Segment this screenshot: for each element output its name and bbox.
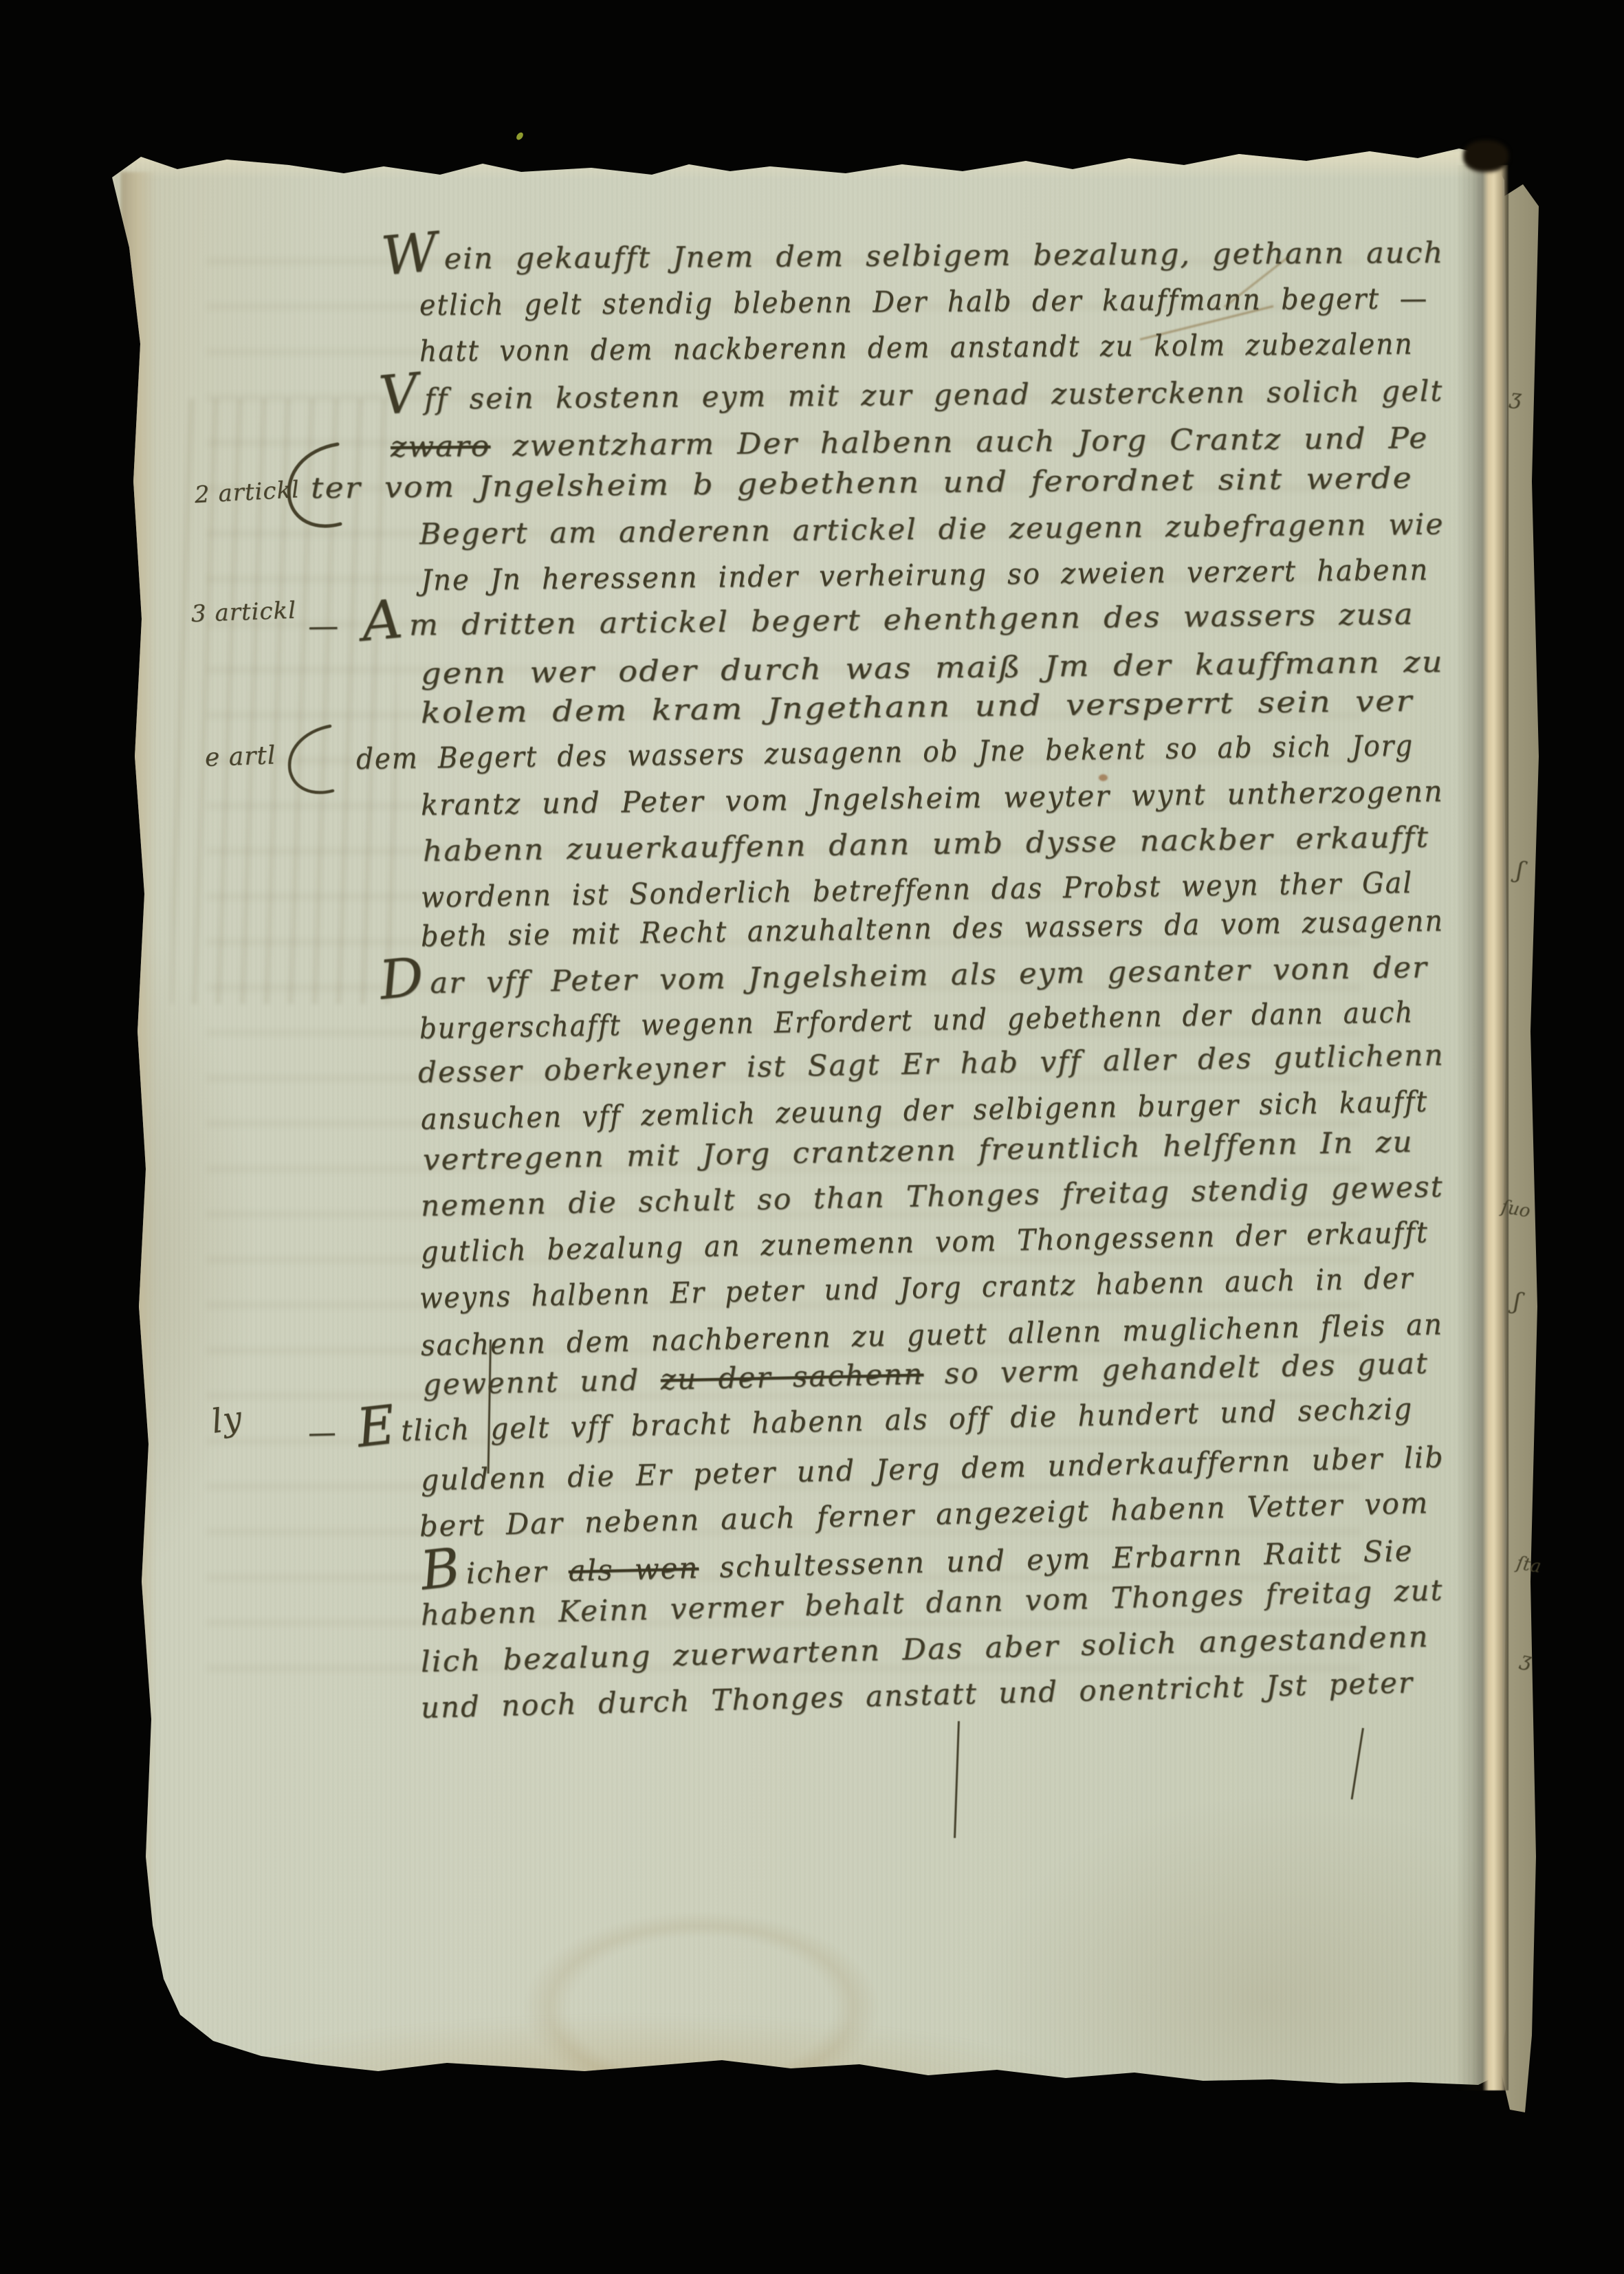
margin-note: 2 artickl [194, 476, 300, 509]
torn-corner-notch [1463, 140, 1508, 172]
margin-note: ly [209, 1399, 245, 1441]
swash-initial: B [421, 1567, 461, 1572]
manuscript-line: Vff sein kostenn eym mit zur genad zuste… [380, 371, 1444, 420]
swash-initial: A [362, 619, 404, 623]
manuscript-line: hatt vonn dem nackberenn dem anstandt zu… [419, 323, 1414, 372]
margin-flourish [276, 723, 359, 806]
gutter-fold [1456, 165, 1508, 2090]
facing-page-ink-mark: ſta [1515, 1553, 1542, 1577]
damp-ring-stain [523, 1912, 880, 2104]
deckled-left-edge [121, 172, 157, 2042]
swash-initial: D [380, 976, 425, 981]
manuscript-line: etlich gelt stendig blebenn Der halb der… [419, 278, 1429, 326]
deckled-top-edge [110, 150, 1506, 179]
ink-descender-stroke [954, 1721, 959, 1838]
manuscript-photo: Wein gekaufft Jnem dem selbigem bezalung… [0, 0, 1624, 2274]
margin-note: e artl [204, 741, 276, 772]
swash-initial: E [358, 1425, 396, 1429]
swash-initial: V [380, 393, 419, 397]
swash-initial: W [382, 252, 439, 257]
struck-words: zwaro [391, 429, 491, 463]
green-fiber-speck [515, 131, 525, 141]
facing-page-ink-mark: ʒ [1508, 385, 1523, 411]
bottom-edge-discoloration [193, 2015, 1086, 2090]
manuscript-line: Wein gekaufft Jnem dem selbigem bezalung… [382, 232, 1445, 280]
margin-note: 3 artickl [190, 597, 296, 628]
struck-words: als wen [568, 1551, 699, 1588]
manuscript-page: Wein gekaufft Jnem dem selbigem bezalung… [0, 0, 1624, 2274]
ink-descender-stroke [1351, 1728, 1364, 1800]
struck-words: zu der sachenn [660, 1357, 924, 1396]
